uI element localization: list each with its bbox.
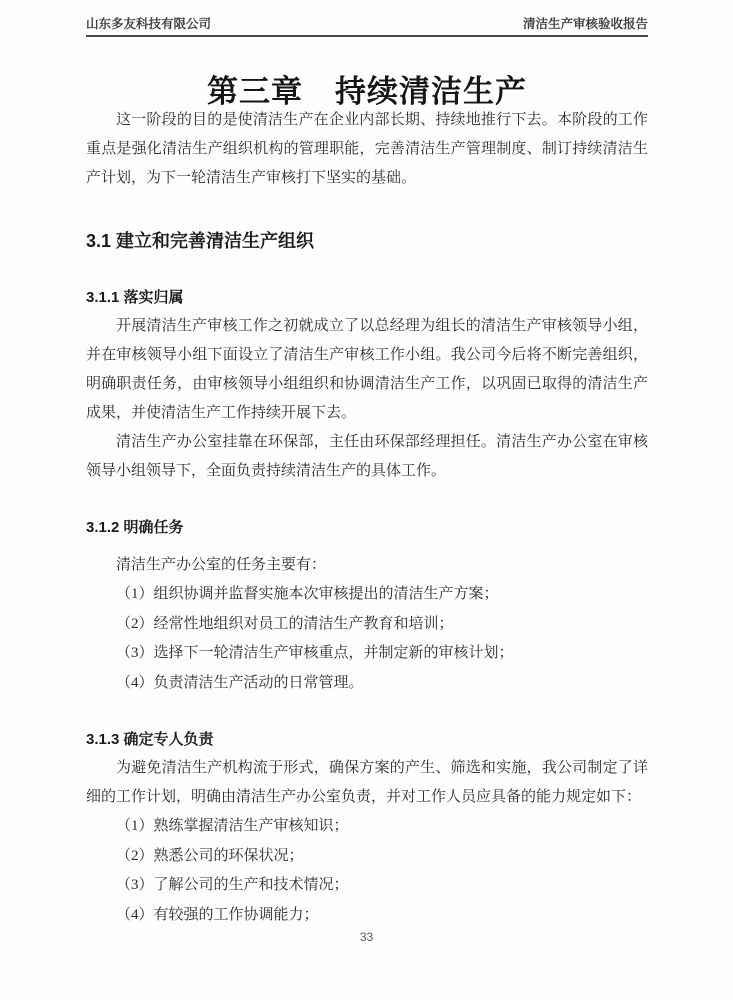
tasks-lead-line: 清洁生产办公室的任务主要有： [86, 551, 648, 580]
header-company-name: 山东多友科技有限公司 [86, 14, 211, 32]
intro-paragraph: 这一阶段的目的是使清洁生产在企业内部长期、持续地推行下去。本阶段的工作重点是强化… [86, 106, 648, 193]
abilities-list-item: （3）了解公司的生产和技术情况； [86, 871, 648, 901]
section-heading-3-1: 3.1 建立和完善清洁生产组织 [86, 227, 648, 256]
header-report-title: 清洁生产审核验收报告 [523, 14, 648, 32]
tasks-list-item: （2）经常性地组织对员工的清洁生产教育和培训； [86, 610, 648, 640]
paragraph-3-1-1-b: 清洁生产办公室挂靠在环保部，主任由环保部经理担任。清洁生产办公室在审核领导小组领… [86, 428, 648, 486]
subsection-heading-3-1-3: 3.1.3 确定专人负责 [86, 725, 648, 754]
chapter-title: 第三章 持续清洁生产 [86, 77, 648, 106]
tasks-list-item: （3）选择下一轮清洁生产审核重点，并制定新的审核计划； [86, 639, 648, 669]
running-header: 山东多友科技有限公司 清洁生产审核验收报告 [86, 14, 648, 37]
paragraph-3-1-1-a: 开展清洁生产审核工作之初就成立了以总经理为组长的清洁生产审核领导小组，并在审核领… [86, 312, 648, 428]
document-body: 第三章 持续清洁生产 这一阶段的目的是使清洁生产在企业内部长期、持续地推行下去。… [86, 77, 648, 930]
paragraph-3-1-3: 为避免清洁生产机构流于形式，确保方案的产生、筛选和实施，我公司制定了详细的工作计… [86, 754, 648, 812]
tasks-list-item: （1）组织协调并监督实施本次审核提出的清洁生产方案； [86, 580, 648, 610]
abilities-list: （1）熟练掌握清洁生产审核知识； （2）熟悉公司的环保状况； （3）了解公司的生… [86, 812, 648, 930]
subsection-heading-3-1-2: 3.1.2 明确任务 [86, 513, 648, 542]
page-number: 33 [0, 930, 733, 944]
subsection-heading-3-1-1: 3.1.1 落实归属 [86, 283, 648, 312]
tasks-list: （1）组织协调并监督实施本次审核提出的清洁生产方案； （2）经常性地组织对员工的… [86, 580, 648, 698]
abilities-list-item: （1）熟练掌握清洁生产审核知识； [86, 812, 648, 842]
tasks-list-item: （4）负责清洁生产活动的日常管理。 [86, 669, 648, 699]
abilities-list-item: （2）熟悉公司的环保状况； [86, 842, 648, 872]
document-page: 山东多友科技有限公司 清洁生产审核验收报告 第三章 持续清洁生产 这一阶段的目的… [0, 0, 733, 1000]
abilities-list-item: （4）有较强的工作协调能力； [86, 901, 648, 931]
